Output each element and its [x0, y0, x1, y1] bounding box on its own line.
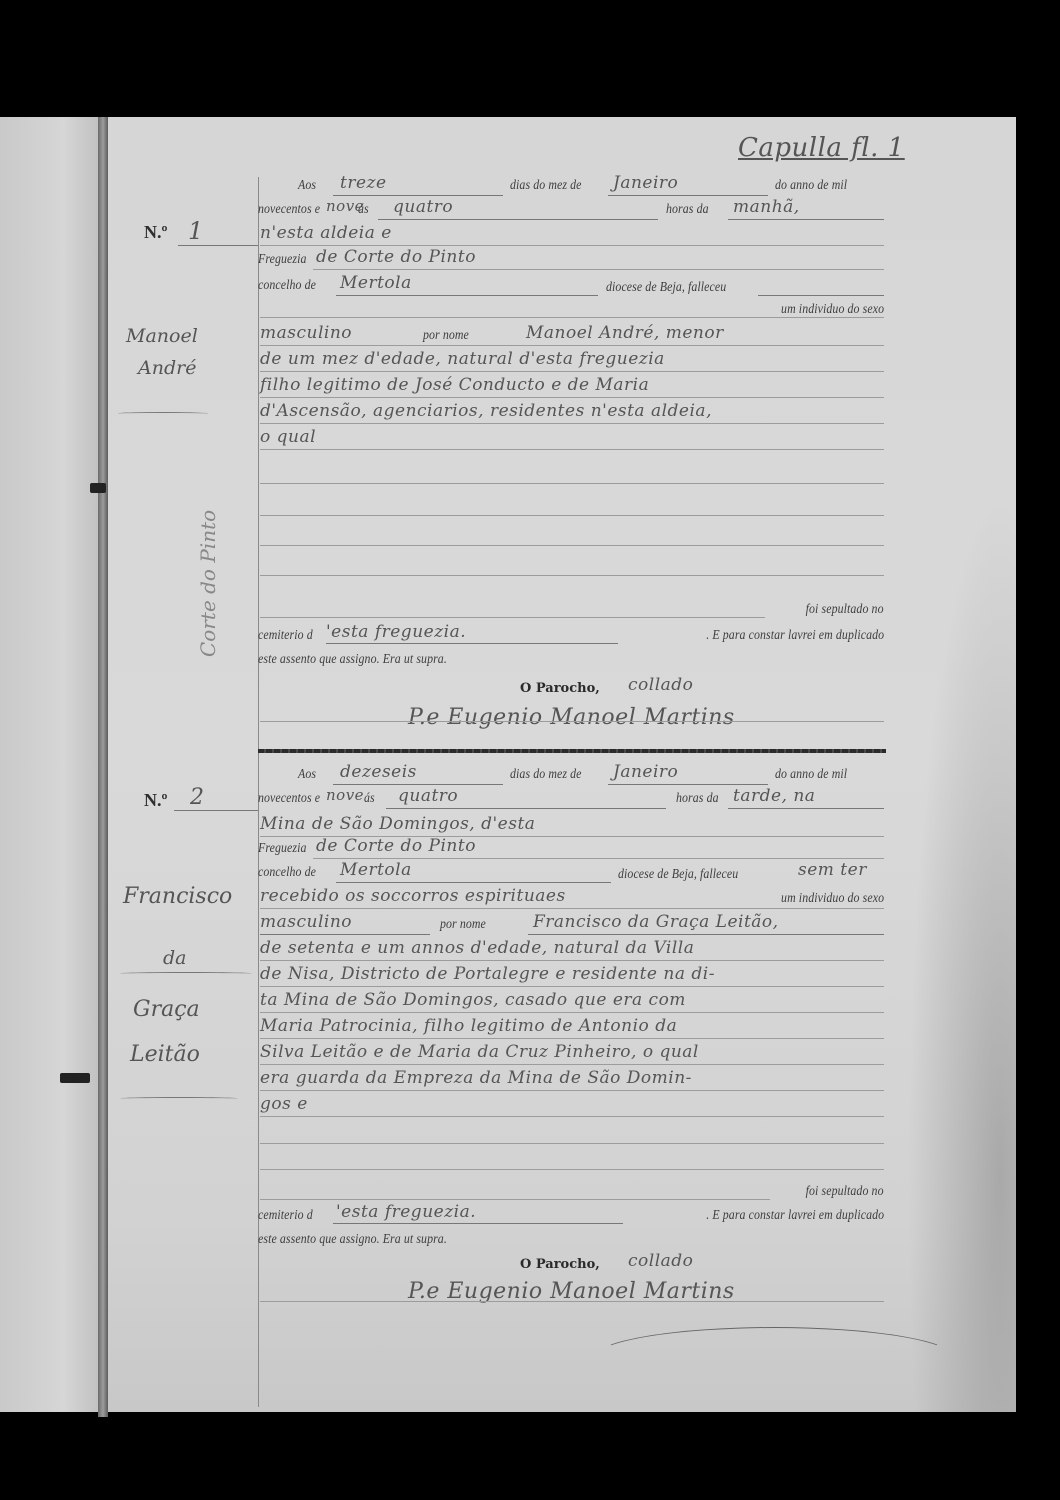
label-assento: este assento que assigno. Era ut supra. — [258, 651, 447, 667]
margin-name-line-3: Graça — [133, 997, 200, 1022]
field-place: n'esta aldeia e — [260, 223, 392, 243]
label-as: ás — [364, 790, 375, 806]
label-constar: . E para constar lavrei em duplicado — [706, 627, 884, 643]
field-hour: quatro — [398, 786, 458, 806]
field-month: Janeiro — [613, 173, 678, 193]
field-name: Manoel André, menor — [526, 323, 724, 343]
label-por-nome: por nome — [423, 327, 469, 343]
field-month: Janeiro — [613, 762, 678, 782]
register-page: Capulla fl. 1 N.º 1 Manoel André Corte d… — [108, 117, 1016, 1412]
body-line: ta Mina de São Domingos, casado que era … — [260, 990, 686, 1010]
margin-name-line-1: Manoel — [126, 325, 198, 347]
label-sepultado: foi sepultado no — [806, 601, 884, 617]
field-parocho-status: collado — [628, 675, 693, 695]
page-label: Capulla fl. 1 — [738, 133, 905, 163]
label-as: ás — [358, 201, 369, 217]
label-diocese: diocese de Beja, falleceu — [606, 279, 726, 295]
field-freguezia: de Corte do Pinto — [316, 836, 476, 856]
body-line: gos e — [260, 1094, 308, 1114]
label-horas: horas da — [666, 201, 709, 217]
signature-flourish — [593, 1327, 955, 1389]
body-line: d'Ascensão, agenciarios, residentes n'es… — [260, 401, 712, 421]
body-line: de Nisa, Districto de Portalegre e resid… — [260, 964, 715, 984]
field-year: nove — [326, 786, 364, 804]
facing-page — [0, 117, 106, 1412]
body-line: Maria Patrocinia, filho legitimo de Anto… — [260, 1016, 677, 1036]
label-cemiterio: cemiterio d — [258, 627, 313, 643]
label-parocho: O Parocho, — [520, 1257, 600, 1272]
field-falleceu-extra: sem ter — [798, 860, 867, 880]
book-spine — [98, 117, 108, 1417]
margin-name-line-2: André — [138, 357, 196, 379]
binding-clip — [90, 483, 106, 493]
label-constar: . E para constar lavrei em duplicado — [706, 1207, 884, 1223]
entry-number: 2 — [190, 785, 205, 810]
margin-name-line-2: da — [163, 947, 187, 969]
label-assento: este assento que assigno. Era ut supra. — [258, 1231, 447, 1247]
label-parocho: O Parocho, — [520, 681, 600, 696]
label-novecentos: novecentos e — [258, 201, 320, 217]
label-individuo: um individuo do sexo — [781, 890, 884, 906]
label-cemiterio: cemiterio d — [258, 1207, 313, 1223]
label-freguezia: Freguezia — [258, 251, 307, 267]
body-line: o qual — [260, 427, 316, 447]
label-concelho: concelho de — [258, 864, 316, 880]
signature: P.e Eugenio Manoel Martins — [408, 705, 735, 730]
field-concelho: Mertola — [340, 860, 412, 880]
field-place: Mina de São Domingos, d'esta — [260, 814, 535, 834]
label-horas: horas da — [676, 790, 719, 806]
body-line: de um mez d'edade, natural d'esta fregue… — [260, 349, 665, 369]
field-day: dezeseis — [340, 762, 417, 782]
field-concelho: Mertola — [340, 273, 412, 293]
label-dias-do-mez: dias do mez de — [510, 177, 582, 193]
field-period: manhã, — [733, 197, 800, 217]
label-dias-do-mez: dias do mez de — [510, 766, 582, 782]
label-aos: Aos — [298, 177, 316, 193]
field-sex: masculino — [260, 912, 352, 932]
field-cemiterio: 'esta freguezia. — [336, 1202, 476, 1222]
margin-note: Corte do Pinto — [196, 510, 220, 657]
field-name: Francisco da Graça Leitão, — [533, 912, 779, 932]
label-individuo: um individuo do sexo — [781, 301, 884, 317]
label-anno: do anno de mil — [775, 766, 847, 782]
label-novecentos: novecentos e — [258, 790, 320, 806]
field-sex: masculino — [260, 323, 352, 343]
field-freguezia: de Corte do Pinto — [316, 247, 476, 267]
body-line: de setenta e um annos d'edade, natural d… — [260, 938, 694, 958]
entry-number-prefix: N.º — [144, 222, 167, 243]
label-anno: do anno de mil — [775, 177, 847, 193]
body-line: Silva Leitão e de Maria da Cruz Pinheiro… — [260, 1042, 699, 1062]
field-period: tarde, na — [733, 786, 815, 806]
field-falleceu-extra-2: recebido os soccorros espirituaes — [260, 886, 566, 906]
binding-clip — [60, 1073, 90, 1083]
entry-number: 1 — [188, 217, 204, 245]
label-concelho: concelho de — [258, 277, 316, 293]
label-sepultado: foi sepultado no — [806, 1183, 884, 1199]
label-diocese: diocese de Beja, falleceu — [618, 866, 738, 882]
field-parocho-status: collado — [628, 1251, 693, 1271]
label-por-nome: por nome — [440, 916, 486, 932]
entry-divider — [258, 749, 886, 753]
label-freguezia: Freguezia — [258, 840, 307, 856]
margin-name-line-1: Francisco — [123, 884, 232, 909]
body-line: era guarda da Empreza da Mina de São Dom… — [260, 1068, 692, 1088]
field-cemiterio: 'esta freguezia. — [326, 622, 466, 642]
field-hour: quatro — [393, 197, 453, 217]
entry-number-prefix: N.º — [144, 790, 167, 811]
label-aos: Aos — [298, 766, 316, 782]
margin-name-line-4: Leitão — [130, 1042, 200, 1067]
field-day: treze — [340, 173, 387, 193]
body-line: filho legitimo de José Conducto e de Mar… — [260, 375, 649, 395]
